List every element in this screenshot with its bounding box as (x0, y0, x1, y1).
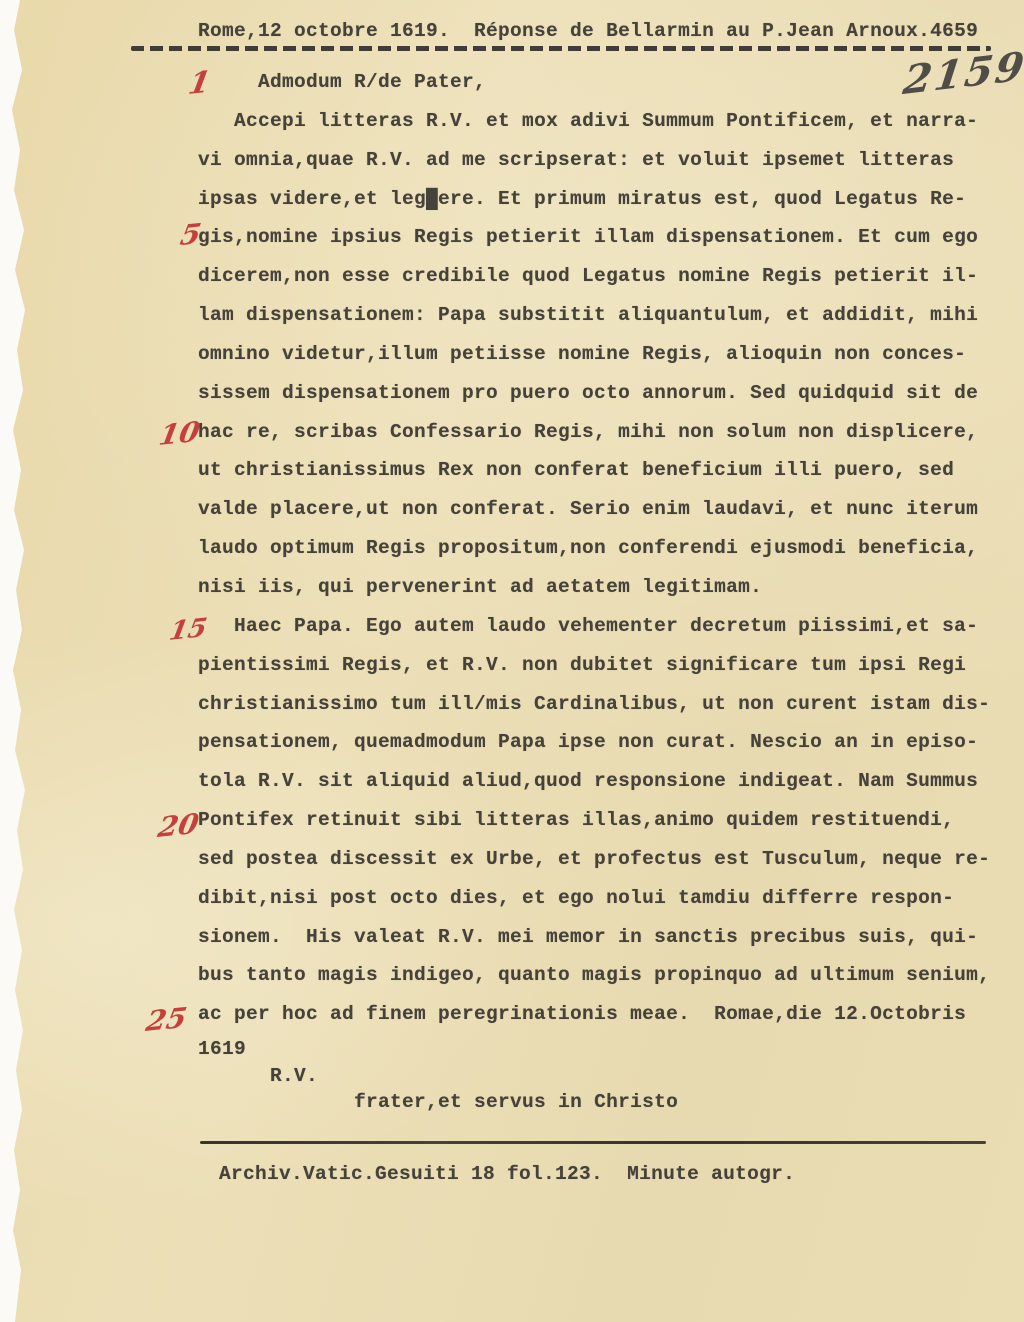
letter-header-line: Rome,12 octobre 1619. Réponse de Bellarm… (198, 20, 978, 42)
header-dashed-underline (131, 46, 991, 51)
margin-line-number-25: 25 (144, 1001, 190, 1038)
letter-body-text: Admodum R/de Pater, Accepi litteras R.V.… (198, 63, 1008, 1034)
letter-closing-text: 1619 R.V. frater,et servus in Christo (198, 1036, 898, 1116)
margin-line-number-10: 10 (157, 415, 203, 452)
archive-source-line: Archiv.Vatic.Gesuiti 18 fol.123. Minute … (219, 1163, 795, 1185)
margin-line-number-20: 20 (156, 807, 202, 844)
footer-divider-line (200, 1141, 986, 1144)
